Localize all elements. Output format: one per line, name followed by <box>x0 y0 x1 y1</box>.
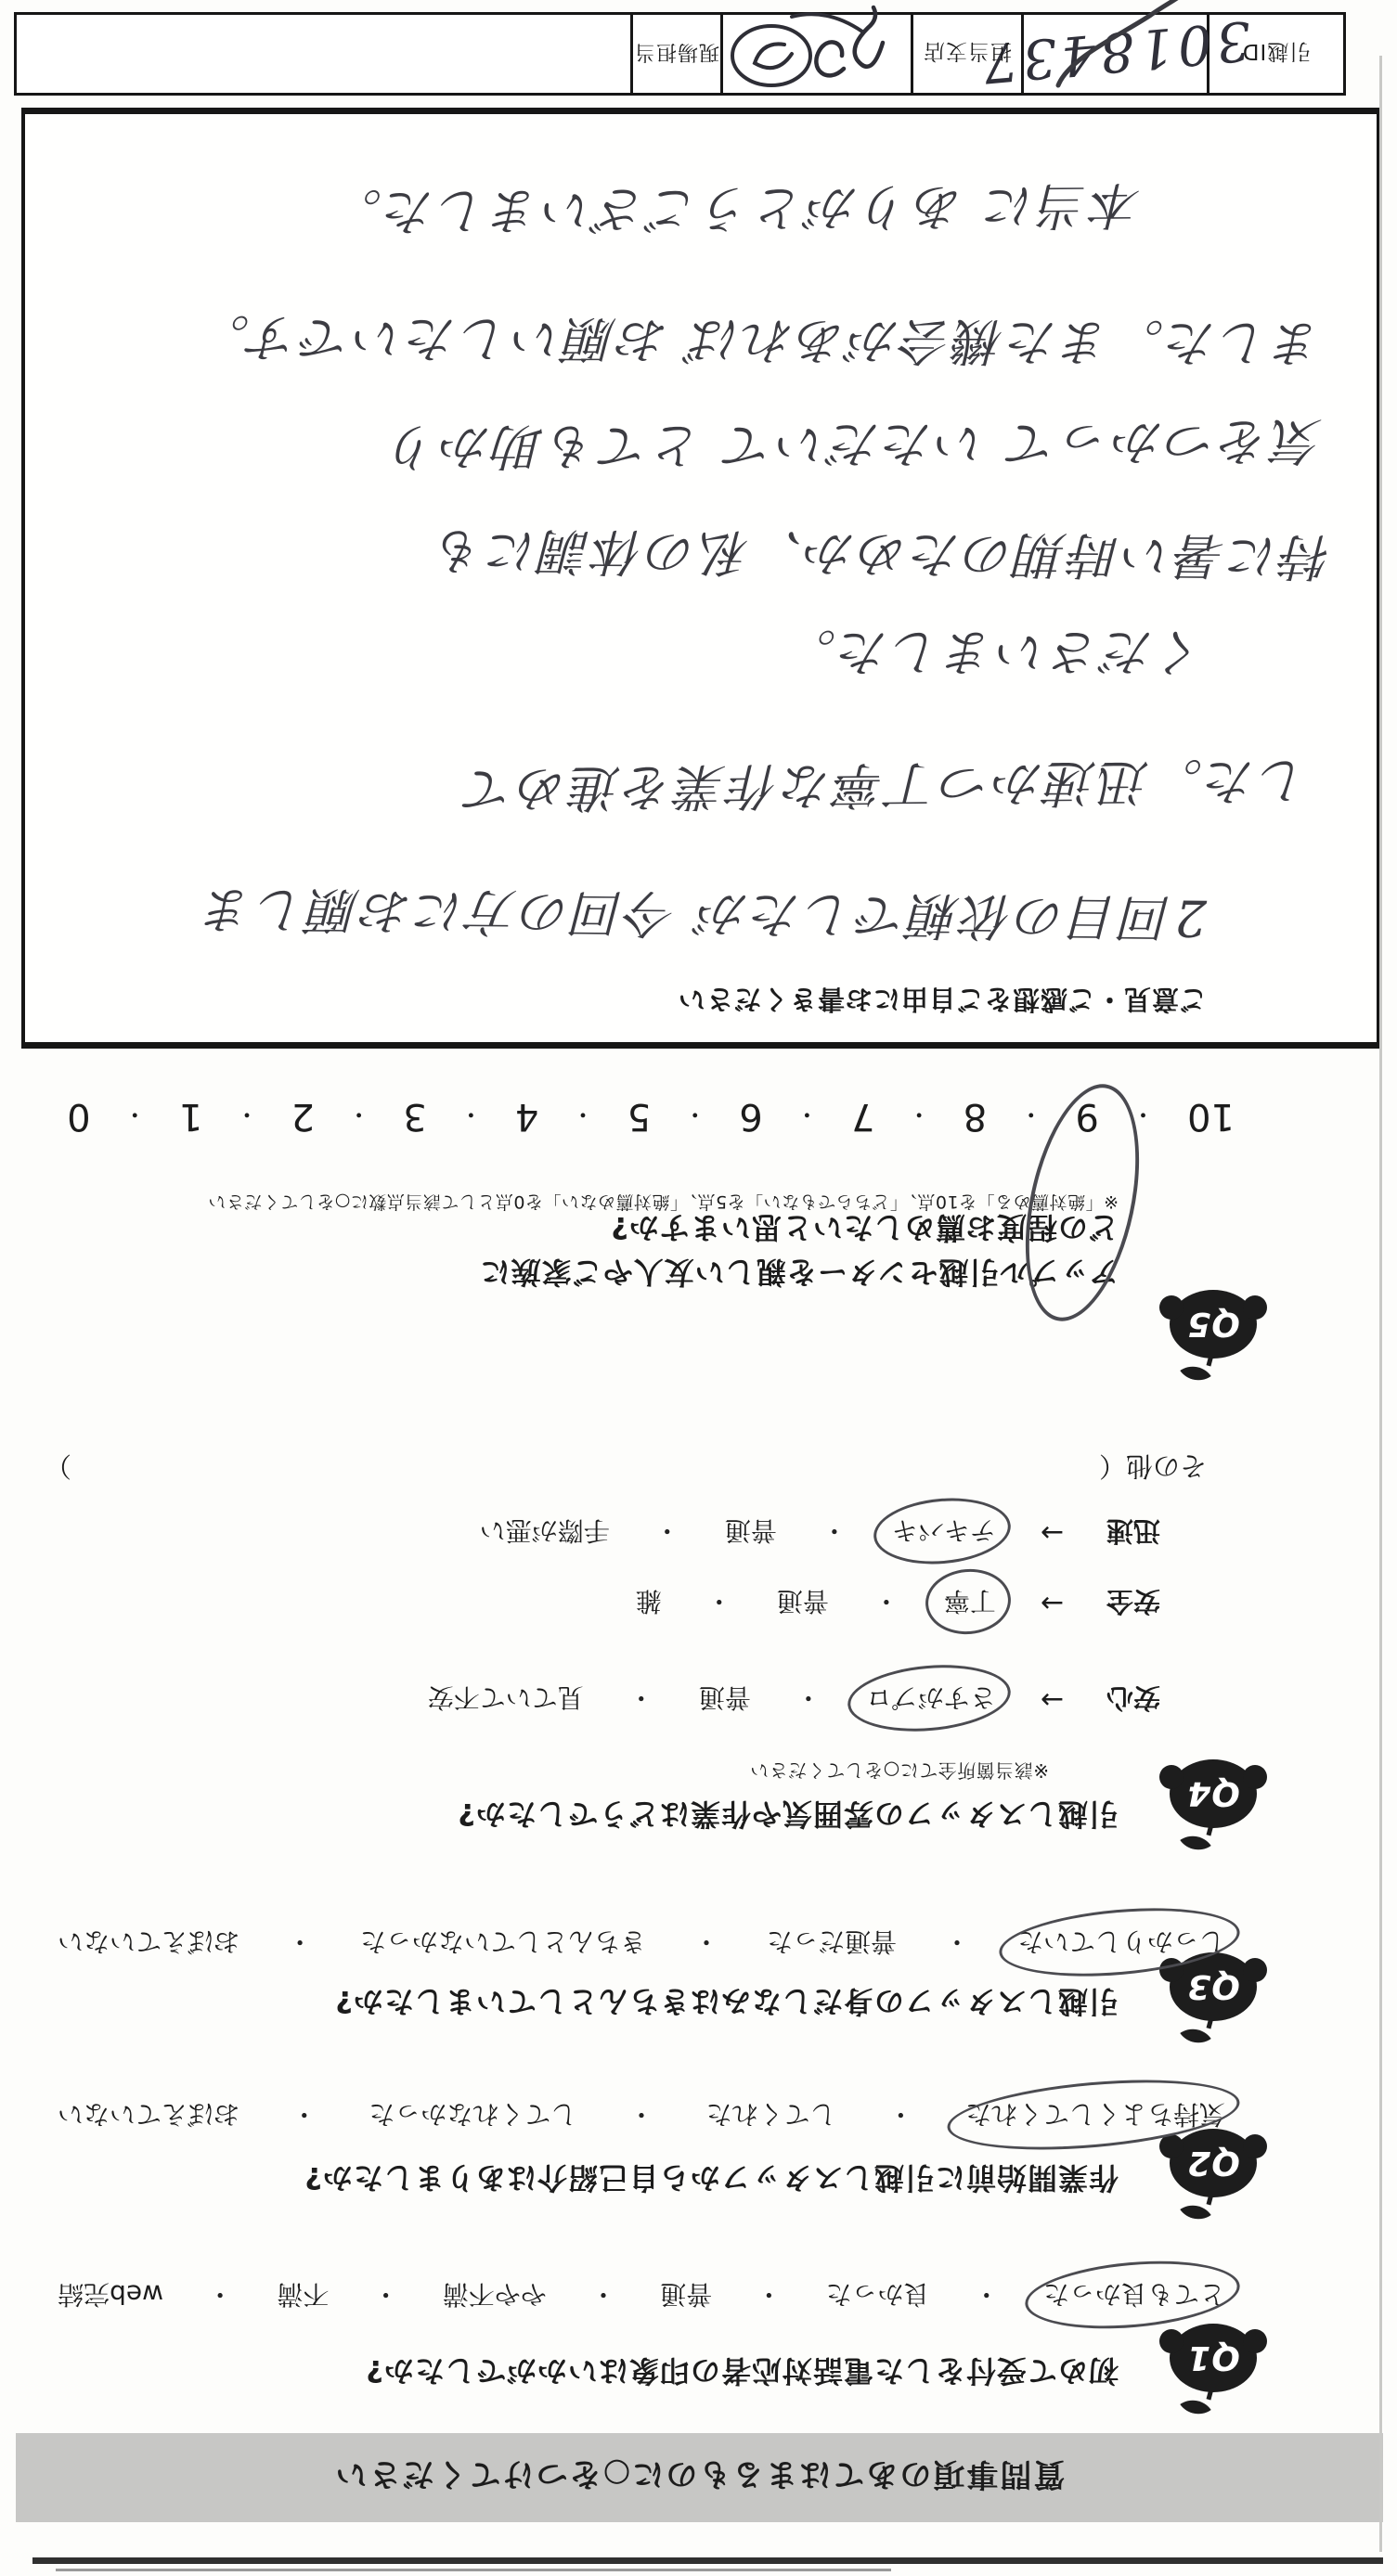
option-separator: ・ <box>369 2277 403 2314</box>
option-separator: ・ <box>651 1514 684 1552</box>
option-separator: ・ <box>940 1925 974 1962</box>
option-separator: ・ <box>625 2097 658 2134</box>
empty-cell <box>17 15 630 93</box>
option-separator: ・ <box>970 2277 1003 2314</box>
q3-options-row: しっかりしていた・普通だった・きちんとしていなかった・おぼえていない <box>58 1925 1225 1962</box>
option: 7 <box>851 1095 874 1138</box>
instruction-bar: 質問事項のあてはまるものに○をつけてください <box>16 2433 1383 2522</box>
option-separator: ・ <box>283 1925 317 1962</box>
option-separator: ・ <box>703 1585 736 1622</box>
q4-row-anzen: 安全 → 丁寧・普通・雑 <box>636 1584 1160 1622</box>
option: おぼえていない <box>58 1925 239 1962</box>
option: 10 <box>1187 1095 1235 1138</box>
option: きちんとしていなかった <box>360 1925 646 1962</box>
option-separator: ・ <box>235 1100 259 1134</box>
option-separator: ・ <box>792 1681 825 1719</box>
arrow-icon: → <box>1041 1516 1064 1549</box>
q5-label: Q5 <box>1186 1306 1240 1344</box>
option: 良かった <box>826 2277 930 2314</box>
option: 雑 <box>636 1585 662 1622</box>
q2-balloon-icon: Q2 <box>1164 2129 1261 2225</box>
option-separator: ・ <box>1019 1100 1043 1134</box>
option-separator: ・ <box>752 2277 785 2314</box>
q1-label: Q1 <box>1186 2339 1240 2377</box>
option: やや不満 <box>443 2277 547 2314</box>
q4-label: Q4 <box>1186 1775 1240 1813</box>
option-separator: ・ <box>625 1681 658 1719</box>
arrow-icon: → <box>1041 1587 1064 1619</box>
option-separator: ・ <box>571 1100 595 1134</box>
q2-label: Q2 <box>1186 2145 1240 2183</box>
comment-box: ご意見・ご感想をご自由にお書きください 2回目の依頼でしたが 今回の方にお願しま… <box>21 108 1380 1049</box>
option: 4 <box>515 1095 538 1138</box>
comment-box-label: ご意見・ご感想をご自由にお書きください <box>678 982 1207 1020</box>
handwritten-signature <box>720 11 911 97</box>
option-selected: さすがプロ <box>866 1681 996 1719</box>
option-separator: ・ <box>907 1100 931 1134</box>
handwritten-line: 2回目の依頼でしたが 今回の方にお願しま <box>200 877 1207 957</box>
option-separator: ・ <box>459 1100 483 1134</box>
branch-label: 担当支店 <box>923 39 1012 70</box>
branch-label-cell: 担当支店 <box>911 15 1021 93</box>
arrow-icon: → <box>1041 1683 1064 1716</box>
q4-row-anshin: 安心 → さすがプロ・普通・見ていて不安 <box>428 1681 1160 1719</box>
q3-balloon-icon: Q3 <box>1164 1952 1261 2049</box>
option: 手際が悪い <box>480 1514 610 1552</box>
q4-note: ※該当箇所全てに○をしてください <box>750 1758 1049 1785</box>
handwritten-line: くださいました。 <box>783 620 1207 691</box>
option: してくれなかった <box>369 2097 576 2134</box>
moving-id-value-cell: 3018437 <box>1021 15 1207 93</box>
option-separator: ・ <box>870 1585 903 1622</box>
option: おぼえていない <box>58 2097 239 2134</box>
site-staff-label: 現場担当 <box>634 40 719 69</box>
option: 8 <box>964 1095 987 1138</box>
option-separator: ・ <box>884 2097 917 2134</box>
option-separator: ・ <box>347 1100 371 1134</box>
option-separator: ・ <box>818 1514 851 1552</box>
handwritten-line: した。迅速かつ丁寧な作業を進めて <box>462 748 1310 829</box>
form-content-rotated-180: 質問事項のあてはまるものに○をつけてください Q1 初めて受付をした電話対応者の… <box>0 0 1397 2576</box>
q1-options-row: とても良かった・良かった・普通・やや不満・不満・web完結 <box>58 2277 1225 2314</box>
handwritten-line: 特に暑い時期のためか、私の体調にも <box>433 519 1333 597</box>
q4-other-row: その他（ ） <box>45 1449 1207 1487</box>
handwritten-line: 本当に ありがとうございました。 <box>330 173 1143 251</box>
option-separator: ・ <box>795 1100 819 1134</box>
q3-question-text: 引越しスタッフの身だしなみはきちんとしていましたか? <box>334 1982 1119 2025</box>
q2-options-row: 気持ちよくしてくれた・してくれた・してくれなかった・おぼえていない <box>58 2097 1225 2134</box>
q5-balloon-icon: Q5 <box>1164 1290 1261 1386</box>
option: 1 <box>179 1095 202 1138</box>
q4-other-close: ） <box>45 1449 71 1487</box>
q5-note: ※「絶対薦める」を10点、「どちらでもない」を5点、「絶対薦めない」を0点として… <box>208 1191 1119 1216</box>
q5-question-line1: アップル引越センターを親しい友人やご家族に <box>480 1253 1119 1295</box>
branch-signature-cell <box>720 15 911 93</box>
q4-row-options: 丁寧・普通・雑 <box>636 1585 996 1622</box>
option: 不満 <box>277 2277 329 2314</box>
option-separator: ・ <box>690 1925 723 1962</box>
option: 3 <box>403 1095 426 1138</box>
scanned-survey-page: 質問事項のあてはまるものに○をつけてください Q1 初めて受付をした電話対応者の… <box>0 0 1397 2576</box>
option: 2 <box>291 1095 315 1138</box>
option-separator: ・ <box>123 1100 147 1134</box>
q4-question-text: 引越しスタッフの雰囲気や作業はどうでしたか? <box>457 1795 1119 1837</box>
q4-row-jinsoku: 迅速 → テキパキ・普通・手際が悪い <box>480 1513 1160 1552</box>
option-selected: 丁寧 <box>944 1585 996 1622</box>
q4-row-options: テキパキ・普通・手際が悪い <box>480 1514 996 1552</box>
handwritten-line: ました。また機会があれば お願いしたいです。 <box>197 305 1323 382</box>
option-separator: ・ <box>203 2277 237 2314</box>
q4-balloon-icon: Q4 <box>1164 1759 1261 1856</box>
q4-row-options: さすがプロ・普通・見ていて不安 <box>428 1681 996 1719</box>
option: web完結 <box>58 2277 163 2314</box>
option: 普通 <box>725 1514 777 1552</box>
option: 普通 <box>777 1585 829 1622</box>
scan-edge-right <box>1379 56 1382 2552</box>
q1-balloon-icon: Q1 <box>1164 2324 1261 2420</box>
q4-other-open: その他（ <box>1099 1449 1207 1487</box>
option-separator: ・ <box>288 2097 321 2134</box>
option: 普通 <box>660 2277 712 2314</box>
q4-row-label: 安心 <box>1106 1681 1160 1719</box>
option: 5 <box>627 1095 651 1138</box>
scan-edge-line-light <box>56 2569 891 2571</box>
scan-edge-line <box>32 2557 1383 2564</box>
q4-row-label: 迅速 <box>1106 1513 1160 1552</box>
instruction-text: 質問事項のあてはまるものに○をつけてください <box>334 2455 1066 2501</box>
id-header-table: 引越ID 3018437 担当支店 <box>14 12 1346 96</box>
option: 見ていて不安 <box>428 1681 584 1719</box>
option: してくれた <box>706 2097 836 2134</box>
option-selected: 気持ちよくしてくれた <box>965 2097 1225 2134</box>
option: 普通だった <box>767 1925 897 1962</box>
option-separator: ・ <box>683 1100 707 1134</box>
q1-question-text: 初めて受付をした電話対応者の印象はいかがでしたか? <box>365 2351 1119 2394</box>
q3-label: Q3 <box>1186 1968 1240 2006</box>
handwritten-line: 気をつかって いただいて とても助かり <box>385 408 1323 486</box>
option: 普通 <box>699 1681 751 1719</box>
q2-question-text: 作業開始前に引越しスタッフから自己紹介はありましたか? <box>304 2158 1119 2201</box>
option: 6 <box>739 1095 762 1138</box>
option-selected: テキパキ <box>892 1514 996 1552</box>
pen-swoosh-stroke <box>1023 9 1209 93</box>
option-separator: ・ <box>587 2277 620 2314</box>
option-selected: しっかりしていた <box>1017 1925 1225 1962</box>
q4-row-label: 安全 <box>1106 1584 1160 1622</box>
option: 0 <box>67 1095 90 1138</box>
site-staff-label-cell: 現場担当 <box>630 15 720 93</box>
option-selected: とても良かった <box>1043 2277 1225 2314</box>
